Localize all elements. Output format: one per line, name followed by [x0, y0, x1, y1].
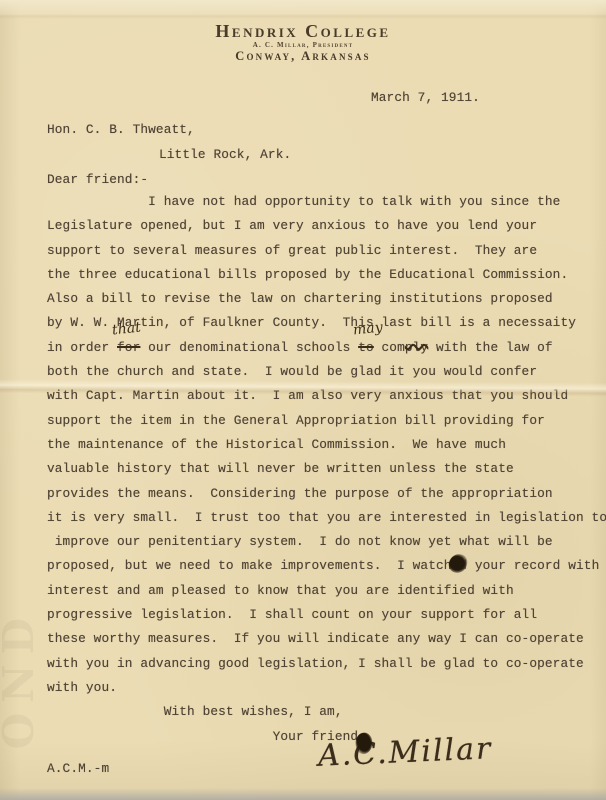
letter-line: I have not had opportunity to talk with …: [47, 190, 603, 214]
typist-initials: A.C.M.-m: [47, 761, 109, 776]
paper-watermark: OND: [0, 608, 43, 749]
letter-line: with you.: [47, 676, 603, 700]
letter-line: Legislature opened, but I am very anxiou…: [47, 214, 603, 238]
letter-body: I have not had opportunity to talk with …: [47, 190, 603, 749]
letter-line: it is very small. I trust too that you a…: [47, 506, 603, 530]
letterhead-college-name: Hendrix College: [0, 21, 606, 42]
letter-line: with you in advancing good legislation, …: [47, 652, 603, 676]
letter-line: the maintenance of the Historical Commis…: [47, 433, 603, 457]
recipient-name: Hon. C. B. Thweatt,: [47, 122, 195, 137]
letter-line: progressive legislation. I shall count o…: [47, 603, 603, 627]
letter-date: March 7, 1911.: [371, 90, 480, 105]
letterhead-location: Conway, Arkansas: [0, 49, 606, 64]
letter-line: the three educational bills proposed by …: [47, 263, 603, 287]
paper-bottom-edge: [0, 788, 606, 800]
scribbled-word: ply: [405, 340, 428, 355]
correction-word: that: [111, 320, 141, 337]
recipient-address: Little Rock, Ark.: [159, 147, 291, 162]
letter-line: provides the means. Considering the purp…: [47, 482, 603, 506]
letter-line: With best wishes, I am,: [47, 700, 603, 724]
handwritten-correction: forthat: [117, 336, 140, 360]
letter-line: Also a bill to revise the law on charter…: [47, 287, 603, 311]
letter-line: in order forthat our denominational scho…: [47, 336, 603, 360]
struck-word: to: [358, 340, 374, 355]
letter-line: valuable history that will never be writ…: [47, 457, 603, 481]
ink-blot: ed: [452, 558, 468, 573]
scanned-letter-page: OND Hendrix College A. C. Millar, Presid…: [0, 0, 606, 800]
salutation: Dear friend:-: [47, 172, 148, 187]
struck-word: for: [117, 340, 140, 355]
paper-crease-top: [0, 0, 606, 22]
handwritten-signature: A.C.Millar: [317, 731, 493, 774]
letter-line: these worthy measures. If you will indic…: [47, 627, 603, 651]
letter-line: proposed, but we need to make improvemen…: [47, 554, 603, 578]
correction-word: may: [353, 320, 384, 337]
handwritten-correction: tomay: [358, 336, 374, 360]
letter-line: support the item in the General Appropri…: [47, 409, 603, 433]
letter-line: support to several measures of great pub…: [47, 239, 603, 263]
letter-line: improve our penitentiary system. I do no…: [47, 530, 603, 554]
letterhead-president-line: A. C. Millar, President: [0, 41, 606, 49]
letter-line: interest and am pleased to know that you…: [47, 579, 603, 603]
